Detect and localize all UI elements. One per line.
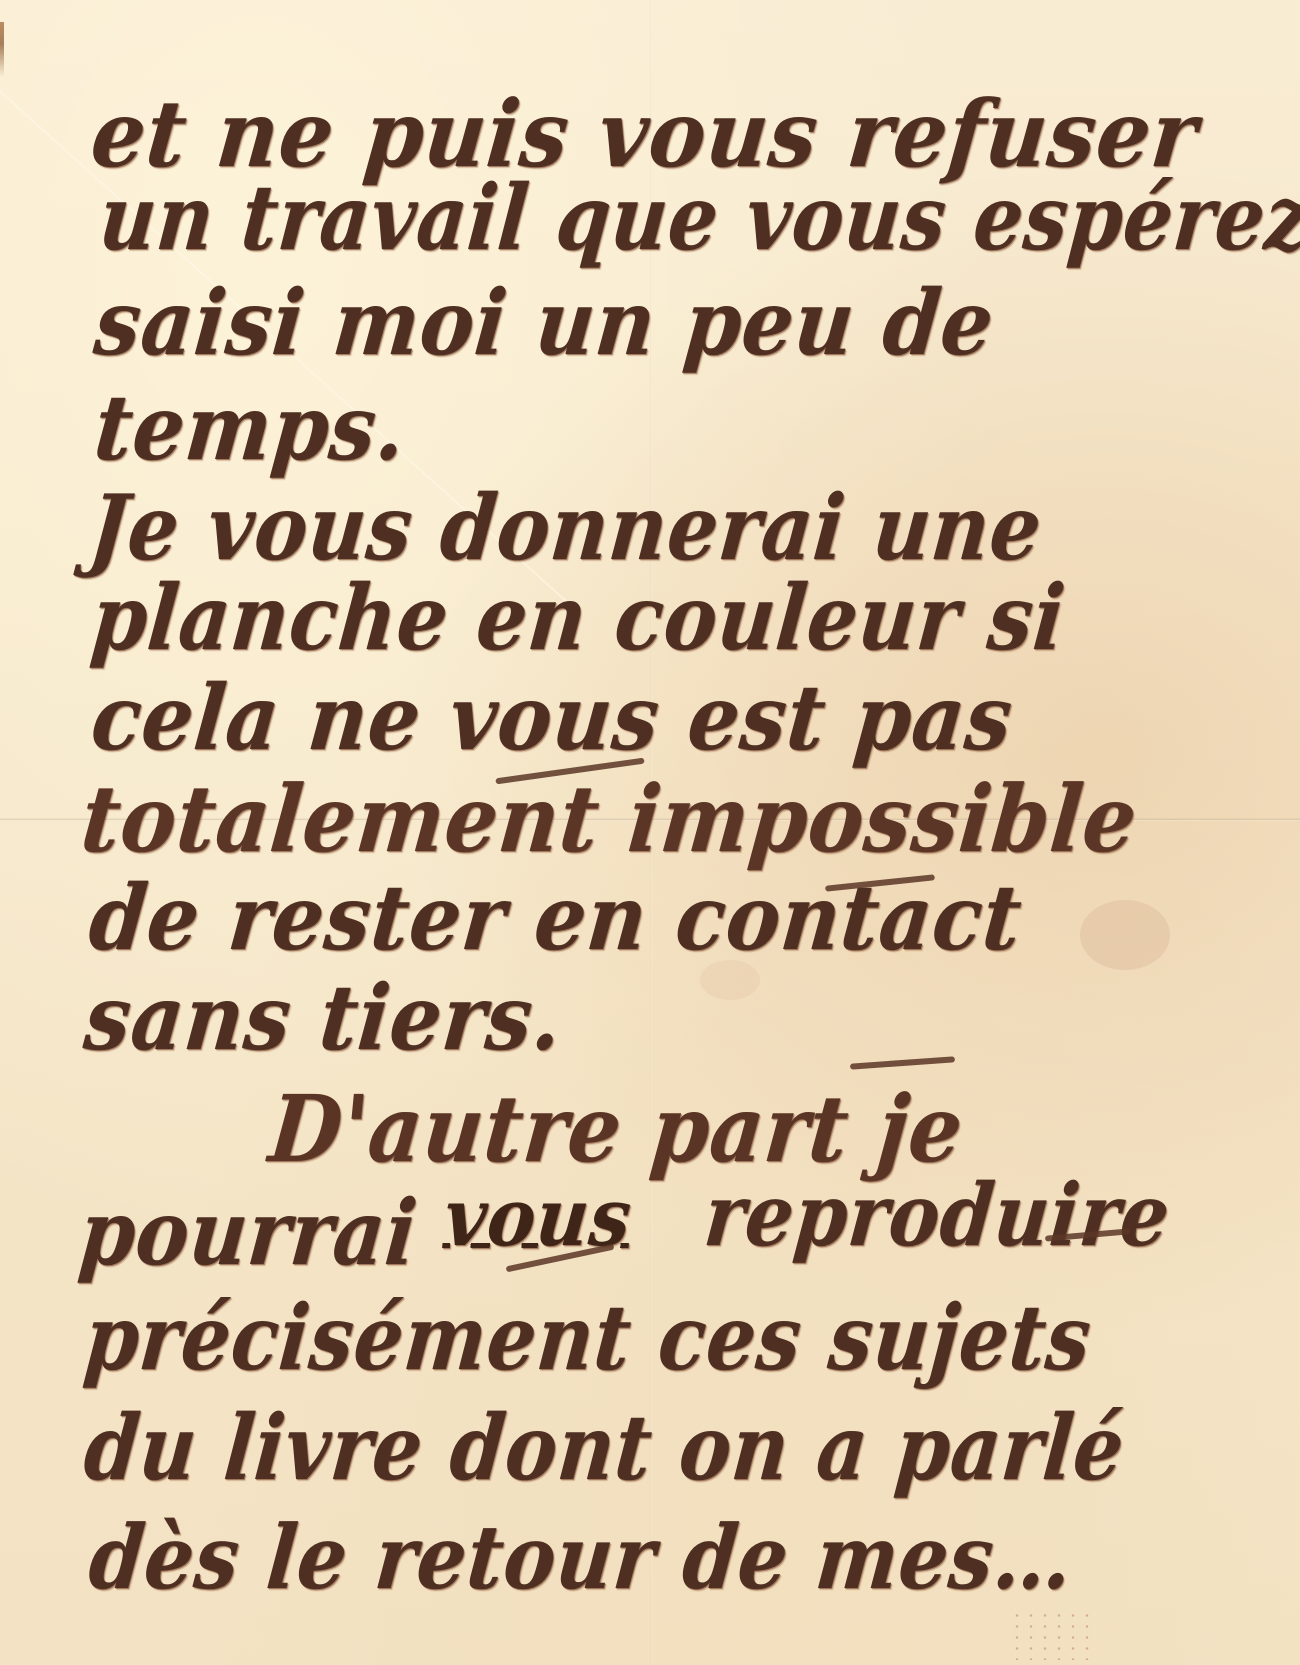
t-crossbar [850, 1056, 955, 1069]
text-line-14: du livre dont on a parlé [80, 1395, 1129, 1501]
text-line-8: totalement impossible [77, 765, 1142, 873]
text-line-13: précisément ces sujets [80, 1285, 1095, 1391]
text-line-9: de rester en contact [85, 865, 1027, 971]
letter-page: et ne puis vous refuser un travail que v… [0, 0, 1300, 1665]
handwritten-text: et ne puis vous refuser un travail que v… [0, 0, 1300, 1665]
text-line-15: dès le retour de mes… [85, 1505, 1077, 1609]
text-line-10: sans tiers. [80, 965, 567, 1071]
text-line-12-word-reproduire: reproduire [700, 1165, 1174, 1266]
text-line-6: planche en couleur si [87, 565, 1070, 671]
text-line-12-word-pourrai: pourrai [75, 1180, 422, 1286]
text-line-2: un travail que vous espérez [95, 165, 1300, 271]
text-line-3: saisi moi un peu de [90, 270, 999, 376]
text-line-4: temps. [90, 375, 411, 481]
text-line-7: cela ne vous est pas [87, 665, 1017, 771]
